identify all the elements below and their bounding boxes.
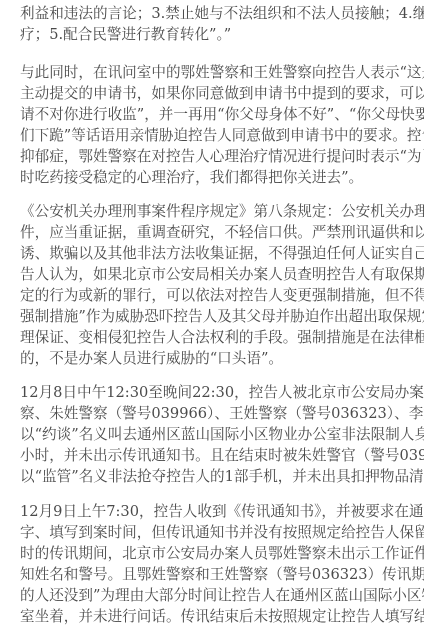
text-line: 的人还没到”为理由大部分时间让控告人在通州区蓝山国际小区物业办公 [20, 585, 424, 607]
text-line: 请不对你进行收监”，并一再用“你父母身体不好”、“你父母快要给我 [20, 104, 424, 126]
text-line: 与此同时，在讯问室中的鄂姓警察和王姓警察向控告人表示“这是你父母 [20, 62, 424, 84]
text-line: 的，不是办案人员进行威胁的“口头语”。 [20, 348, 424, 370]
text-line: 抑郁症，鄂姓警察在对控告人心理治疗情况进行提问时表示“为了你能按 [20, 146, 424, 168]
text-line: 定的行为或新的罪行，可以依法对控告人变更强制措施，但不得以“变更 [20, 285, 424, 307]
text-line: 利益和违法的言论；3.禁止她与不法组织和不法人员接触；4.继续心理治 [20, 3, 424, 25]
text-line: 以“约谈”名义叫去通州区蓝山国际小区物业办公室非法限制人身自由10 [20, 424, 424, 446]
text-line: 理保证、变相侵犯控告人合法权利的手段。强制措施是在法律框架下进行 [20, 327, 424, 349]
text-line: 知姓名和警号。且鄂姓警察和王姓警察（警号036323）传讯期间以“问话 [20, 564, 424, 586]
text-line: 12月9日上午7:30，控告人收到《传讯通知书》，并被要求在通知书上签 [20, 501, 424, 523]
text-line: 们下跪”等话语用亲情胁迫控告人同意做到申请书中的要求。控告人患有 [20, 125, 424, 147]
text-line: 时吃药接受稳定的心理治疗，我们都得把你关进去”。 [20, 167, 424, 189]
text-line: 时的传讯期间，北京市公安局办案人员鄂姓警察未出示工作证件并拒绝告 [20, 543, 424, 565]
text-line: 告人认为，如果北京市公安局相关办案人员查明控告人有取保期间违反规 [20, 264, 424, 286]
text-line: 小时，并未出示传讯通知书。且在结束时被朱姓警官（警号039966） [20, 445, 424, 467]
text-line: 字、填写到案时间，但传讯通知书并没有按照规定给控告人保留。在4小 [20, 522, 424, 544]
text-line: 《公安机关办理刑事案件程序规定》第八条规定：公安机关办理刑事案 [20, 201, 424, 223]
text-line: 强制措施”作为威胁恐吓控告人及其父母并胁迫作出超出取保规定的不合 [20, 306, 424, 328]
text-line: 诱、欺骗以及其他非法方法收集证据，不得强迫任何人证实自己有罪。控 [20, 243, 424, 265]
text-line: 室坐着，并未进行问话。传讯结束后未按照规定让控告人填写结束时间。 [20, 606, 424, 628]
document-page: 利益和违法的言论；3.禁止她与不法组织和不法人员接触；4.继续心理治 疗；5.配… [0, 0, 440, 639]
text-line: 以“监管”名义非法抢夺控告人的1部手机，并未出具扣押物品清单。 [20, 466, 424, 488]
text-line: 主动提交的申请书，如果你同意做到申请书中提到的要求，可以向领导申 [20, 83, 424, 105]
text-line: 件，应当重证据，重调查研究，不轻信口供。严禁刑讯逼供和以威胁、引 [20, 222, 424, 244]
text-line: 察、朱姓警察（警号039966）、王姓警察（警号036323）、李姓警察 [20, 403, 424, 425]
text-line: 疗；5.配合民警进行教育转化”。” [20, 24, 424, 46]
text-line: 12月8日中午12:30至晚间22:30，控告人被北京市公安局办案人员孙姓警 [20, 382, 424, 404]
